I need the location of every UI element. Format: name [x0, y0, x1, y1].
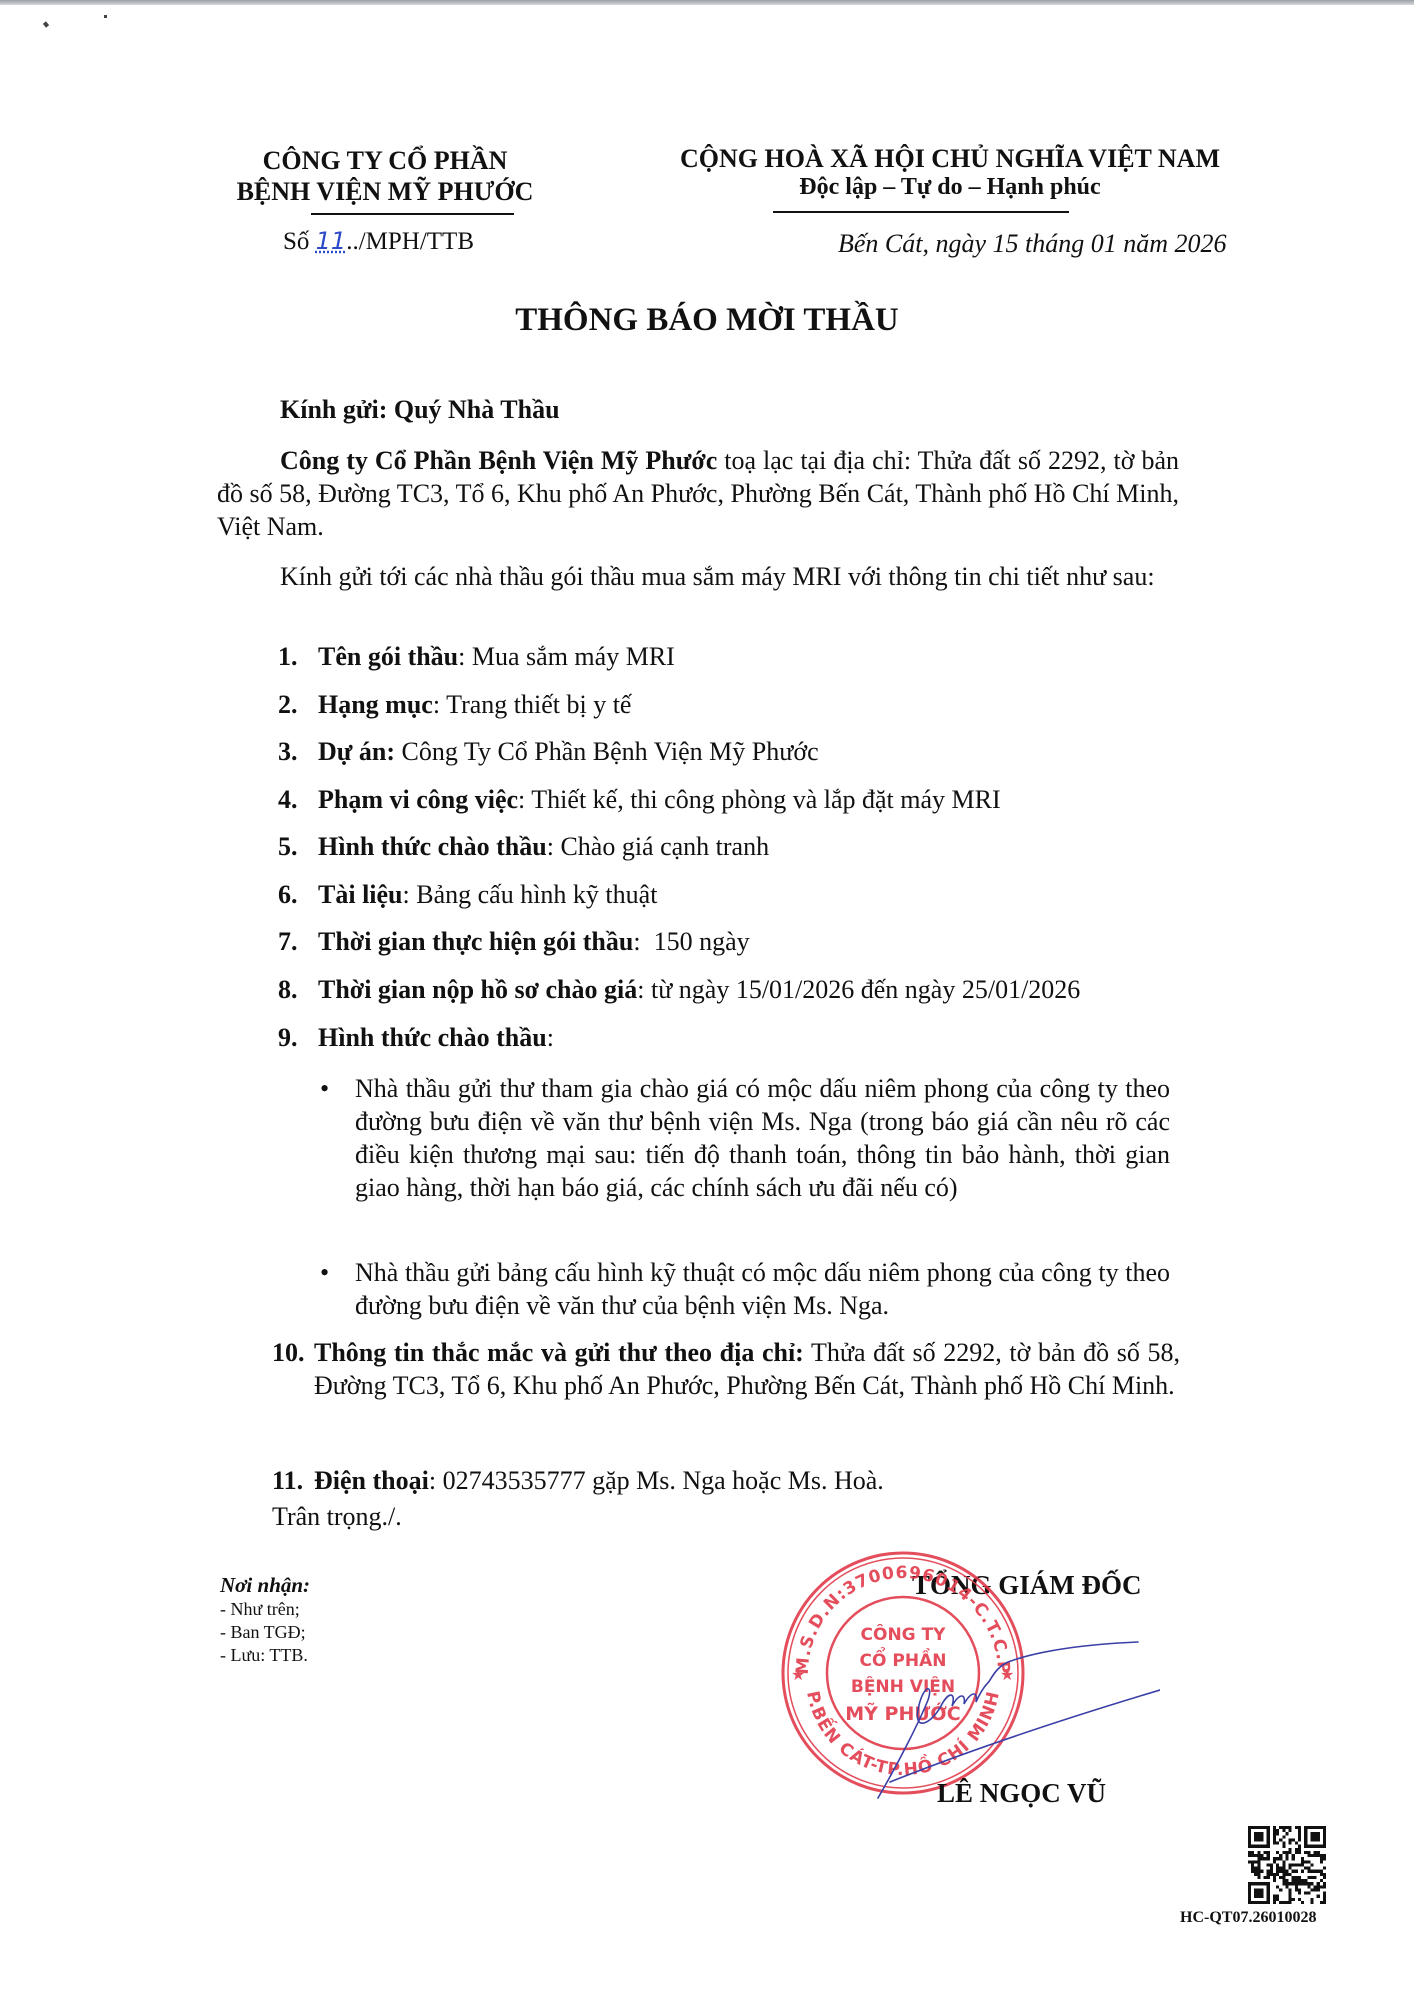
item-label: Thời gian nộp hồ sơ chào giá: [318, 975, 637, 1004]
item-value: 02743535777 gặp Ms. Nga hoặc Ms. Hoà.: [443, 1466, 884, 1495]
recipient-item: - Lưu: TTB.: [220, 1644, 310, 1667]
national-motto-line-1: CỘNG HOÀ XÃ HỘI CHỦ NGHĨA VIỆT NAM: [660, 143, 1240, 174]
document-number: Số 11../MPH/TTB: [283, 227, 474, 256]
item-number: 8.: [278, 973, 298, 1006]
recipients: Nơi nhận: - Như trên; - Ban TGĐ; - Lưu: …: [220, 1573, 310, 1667]
qr-code-icon: [1248, 1826, 1326, 1904]
scan-speck: [104, 15, 107, 18]
item-number: 2.: [278, 688, 298, 721]
item-label: Điện thoại: [314, 1466, 429, 1495]
item-value: Trang thiết bị y tế: [446, 690, 631, 719]
item-label: Tài liệu: [318, 880, 403, 909]
item-label: Hạng mục: [318, 690, 433, 719]
item-value: Công Ty Cổ Phần Bệnh Viện Mỹ Phước: [402, 737, 819, 766]
scan-edge: [0, 0, 1414, 5]
scan-speck: [43, 21, 49, 27]
item-label: Tên gói thầu: [318, 642, 458, 671]
item-value: Chào giá cạnh tranh: [560, 832, 769, 861]
item-number: 7.: [278, 925, 298, 958]
item-label: Thời gian thực hiện gói thầu: [318, 927, 633, 956]
item-number: 5.: [278, 830, 298, 863]
national-motto-line-2: Độc lập – Tự do – Hạnh phúc: [660, 172, 1240, 202]
motto-underline: [773, 211, 1069, 213]
lead-in-paragraph: Kính gửi tới các nhà thầu gói thầu mua s…: [217, 560, 1179, 593]
org-underline: [311, 213, 514, 215]
page-title: THÔNG BÁO MỜI THẦU: [0, 302, 1414, 339]
item-value: từ ngày 15/01/2026 đến ngày 25/01/2026: [651, 975, 1080, 1004]
item-label: Dự án:: [318, 737, 395, 766]
footer-document-code: HC-QT07.26010028: [1180, 1909, 1316, 1927]
intro-paragraph: Công ty Cổ Phần Bệnh Viện Mỹ Phước toạ l…: [217, 444, 1179, 543]
recipient-item: - Ban TGĐ;: [220, 1621, 310, 1644]
item-number: 3.: [278, 735, 298, 768]
item-number: 4.: [278, 783, 298, 816]
salutation: Kính gửi: Quý Nhà Thầu: [280, 393, 560, 426]
signer-name: LÊ NGỌC VŨ: [937, 1778, 1106, 1809]
closing: Trân trọng./.: [272, 1500, 402, 1533]
item-number: 9.: [278, 1021, 298, 1054]
item-label: Hình thức chào thầu: [318, 832, 547, 861]
item-value: Thiết kế, thi công phòng và lắp đặt máy …: [531, 785, 1000, 814]
company-name: Công ty Cổ Phần Bệnh Viện Mỹ Phước: [280, 446, 717, 475]
recipients-title: Nơi nhận:: [220, 1573, 310, 1598]
item-number: 10.: [272, 1336, 305, 1369]
bullet-icon: •: [320, 1072, 329, 1105]
item-number: 6.: [278, 878, 298, 911]
org-name: CÔNG TY CỔ PHẦN BỆNH VIỆN MỸ PHƯỚC: [215, 145, 555, 207]
place-date: Bến Cát, ngày 15 tháng 01 năm 2026: [838, 229, 1227, 259]
item-label: Thông tin thắc mắc và gửi thư theo địa c…: [314, 1338, 804, 1367]
item-number: 11.: [272, 1464, 303, 1497]
recipient-item: - Như trên;: [220, 1598, 310, 1621]
org-line-1: CÔNG TY CỔ PHẦN: [215, 145, 555, 176]
submission-bullet-2: • Nhà thầu gửi bảng cấu hình kỹ thuật có…: [355, 1256, 1170, 1322]
submission-bullet-1: • Nhà thầu gửi thư tham gia chào giá có …: [355, 1072, 1170, 1204]
bullet-icon: •: [320, 1256, 329, 1289]
item-value: 150 ngày: [654, 927, 750, 956]
handwritten-number: 11: [316, 227, 347, 255]
item-value: Mua sắm máy MRI: [472, 642, 675, 671]
item-value: Bảng cấu hình kỹ thuật: [416, 880, 657, 909]
org-line-2: BỆNH VIỆN MỸ PHƯỚC: [215, 176, 555, 207]
item-label: Hình thức chào thầu: [318, 1023, 547, 1052]
item-number: 1.: [278, 640, 298, 673]
item-label: Phạm vi công việc: [318, 785, 518, 814]
svg-text:★: ★: [791, 1665, 805, 1684]
